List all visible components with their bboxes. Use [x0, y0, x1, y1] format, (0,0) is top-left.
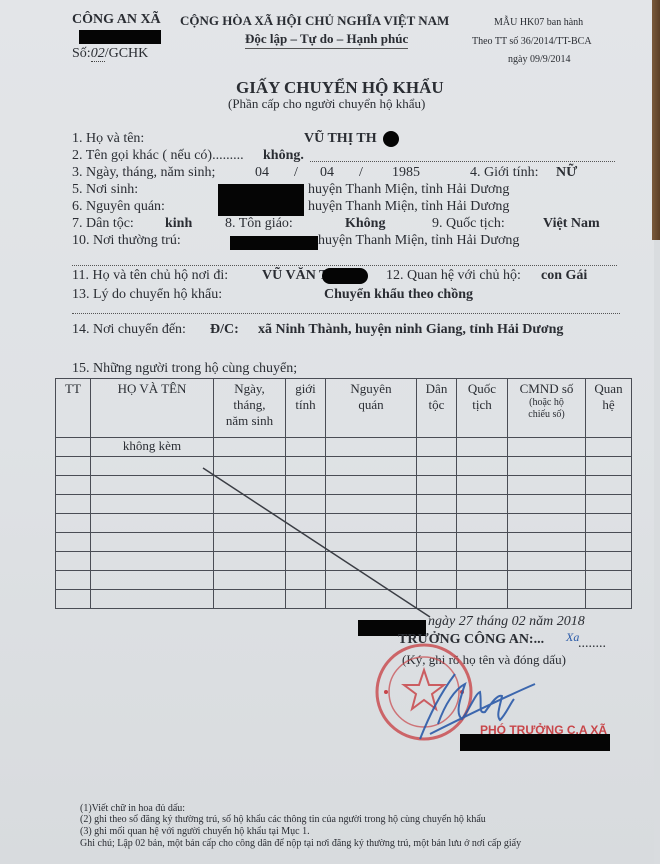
note-1: (1)Viết chữ in hoa đủ dấu:	[80, 803, 185, 814]
dotted-fill: ........	[578, 636, 606, 652]
redacted-signer-name	[460, 734, 610, 751]
note-2: (2) ghi theo sổ đăng ký thường trú, sổ h…	[80, 814, 486, 825]
note-3: (3) ghi mối quan hệ với người chuyển hộ …	[80, 826, 310, 837]
note-4: Ghi chú; Lập 02 bản, một bản cấp cho côn…	[80, 838, 521, 849]
issue-date: ngày 27 tháng 02 năm 2018	[428, 614, 585, 630]
